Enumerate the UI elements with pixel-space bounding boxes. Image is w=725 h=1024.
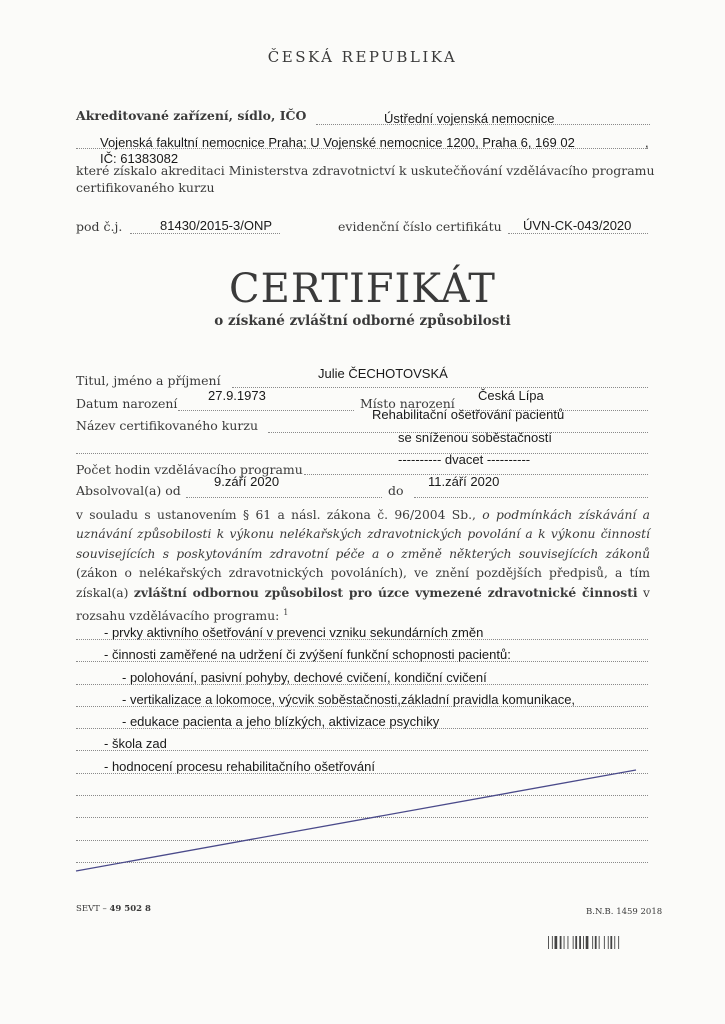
certificate-page: ČESKÁ REPUBLIKA Akreditované zařízení, s…	[0, 0, 725, 1024]
form-code-number: 49 502 8	[110, 904, 151, 914]
form-code: SEVT – 49 502 8	[76, 904, 151, 914]
printer-code: B.N.B. 1459 2018	[586, 907, 662, 917]
void-strike-line	[0, 0, 725, 1024]
barcode	[548, 936, 648, 949]
form-code-prefix: SEVT –	[76, 904, 110, 914]
